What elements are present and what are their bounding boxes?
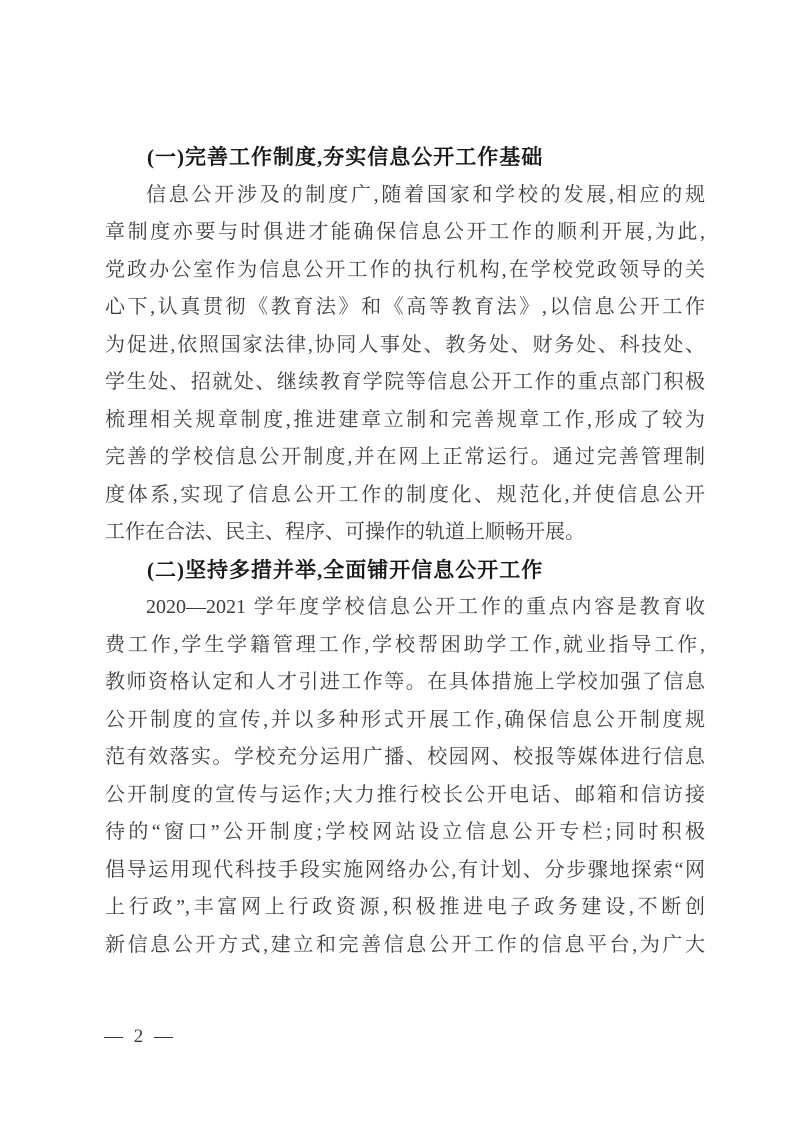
text-line: 2020—2021 学年度学校信息公开工作的重点内容是教育收 [105,589,705,627]
text-line: 待的“窗口”公开制度;学校网站设立信息公开专栏;同时积极 [105,814,705,852]
text-line: 公开制度的宣传与运作;大力推行校长公开电话、邮箱和信访接 [105,777,705,815]
text-line: 为促进,依照国家法律,协同人事处、教务处、财务处、科技处、 [105,327,705,365]
text-line: 工作在合法、民主、程序、可操作的轨道上顺畅开展。 [105,514,705,552]
text-line: 费工作,学生学籍管理工作,学校帮困助学工作,就业指导工作, [105,627,705,665]
text-line: 倡导运用现代科技手段实施网络办公,有计划、分步骤地探索“网 [105,852,705,890]
text-line: 信息公开涉及的制度广,随着国家和学校的发展,相应的规 [105,177,705,215]
text-line: 学生处、招就处、继续教育学院等信息公开工作的重点部门积极 [105,364,705,402]
text-line: 度体系,实现了信息公开工作的制度化、规范化,并使信息公开 [105,477,705,515]
text-line: 范有效落实。学校充分运用广播、校园网、校报等媒体进行信息 [105,739,705,777]
section-heading: (一)完善工作制度,夯实信息公开工作基础 [105,139,705,177]
text-line: 完善的学校信息公开制度,并在网上正常运行。通过完善管理制 [105,439,705,477]
document-page: (一)完善工作制度,夯实信息公开工作基础信息公开涉及的制度广,随着国家和学校的发… [0,0,793,1122]
text-line: 章制度亦要与时俱进才能确保信息公开工作的顺利开展,为此, [105,214,705,252]
page-number: — 2 — [104,1022,176,1052]
text-line: 教师资格认定和人才引进工作等。在具体措施上学校加强了信息 [105,664,705,702]
text-line: 上行政”,丰富网上行政资源,积极推进电子政务建设,不断创 [105,889,705,927]
text-block: (一)完善工作制度,夯实信息公开工作基础信息公开涉及的制度广,随着国家和学校的发… [105,139,705,964]
section-heading: (二)坚持多措并举,全面铺开信息公开工作 [105,552,705,590]
text-line: 公开制度的宣传,并以多种形式开展工作,确保信息公开制度规 [105,702,705,740]
text-line: 党政办公室作为信息公开工作的执行机构,在学校党政领导的关 [105,252,705,290]
text-line: 梳理相关规章制度,推进建章立制和完善规章工作,形成了较为 [105,402,705,440]
text-line: 新信息公开方式,建立和完善信息公开工作的信息平台,为广大 [105,927,705,965]
text-line: 心下,认真贯彻《教育法》和《高等教育法》,以信息公开工作 [105,289,705,327]
